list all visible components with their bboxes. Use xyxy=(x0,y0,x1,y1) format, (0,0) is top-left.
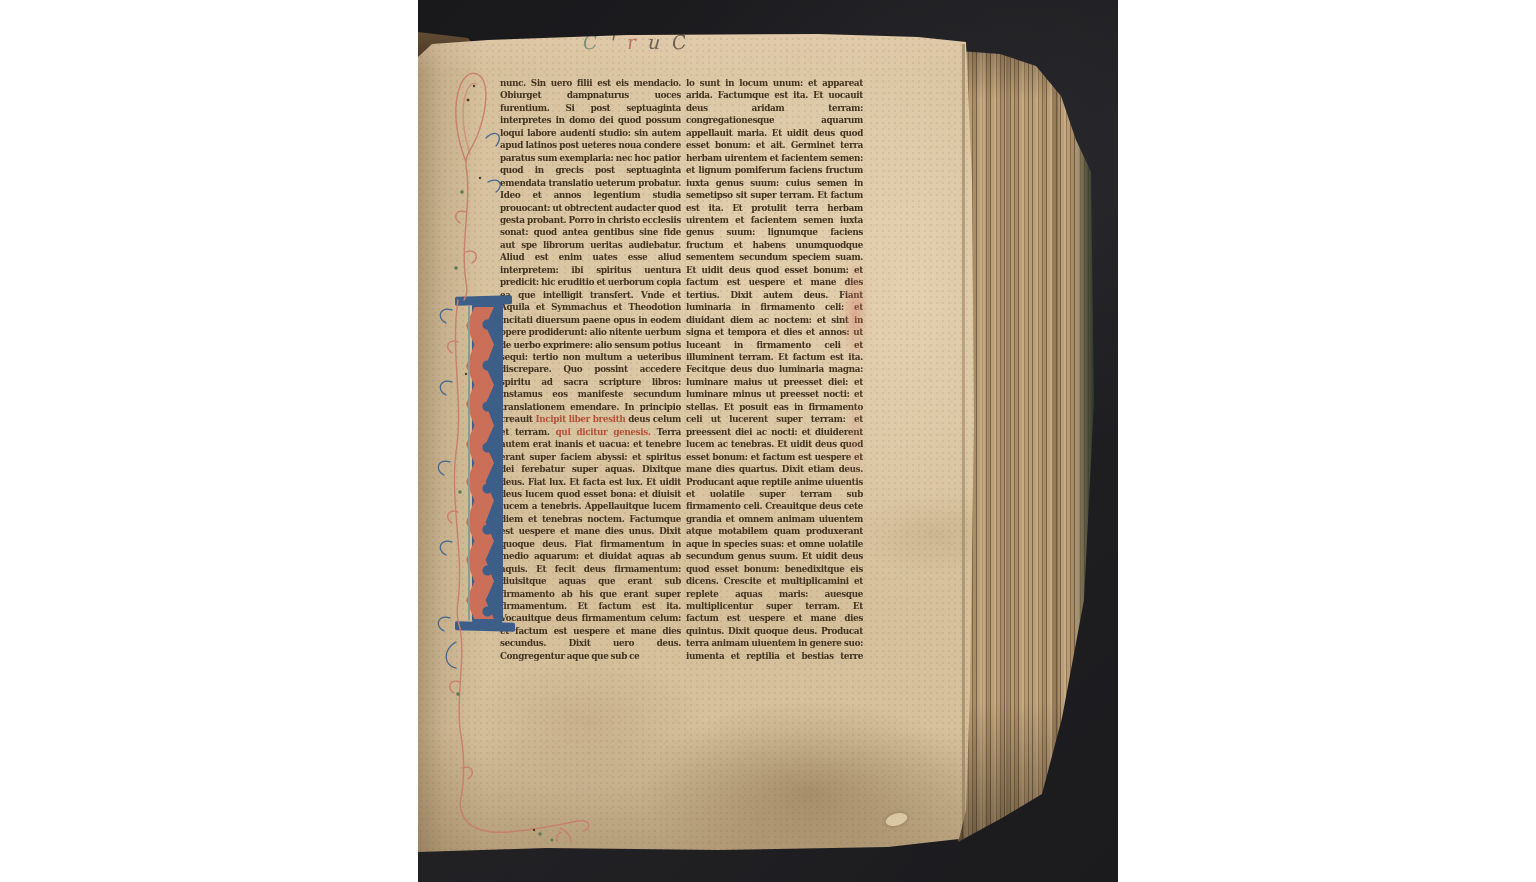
ink-showthrough xyxy=(842,258,868,364)
manuscript-page: C'ruC nunc. Sin uero filii est eis menda… xyxy=(418,0,978,860)
pen-trial-glyph: C xyxy=(671,33,688,54)
screenshot-stage: C'ruC nunc. Sin uero filii est eis menda… xyxy=(0,0,1536,882)
pen-trial-glyph: r xyxy=(626,34,636,54)
text-column-2: lo sunt in locum unum: et appareat arida… xyxy=(686,78,863,662)
parchment-blemish xyxy=(882,809,910,830)
pen-trial-glyph: u xyxy=(647,34,660,54)
photo-backdrop: C'ruC nunc. Sin uero filii est eis menda… xyxy=(418,0,1118,882)
text-segment-ink: lo sunt in locum unum: et appareat arida… xyxy=(686,79,863,662)
margin-flourish xyxy=(422,42,612,842)
ink-showthrough-faint xyxy=(846,372,864,504)
page-edge-fold-line xyxy=(962,44,965,836)
